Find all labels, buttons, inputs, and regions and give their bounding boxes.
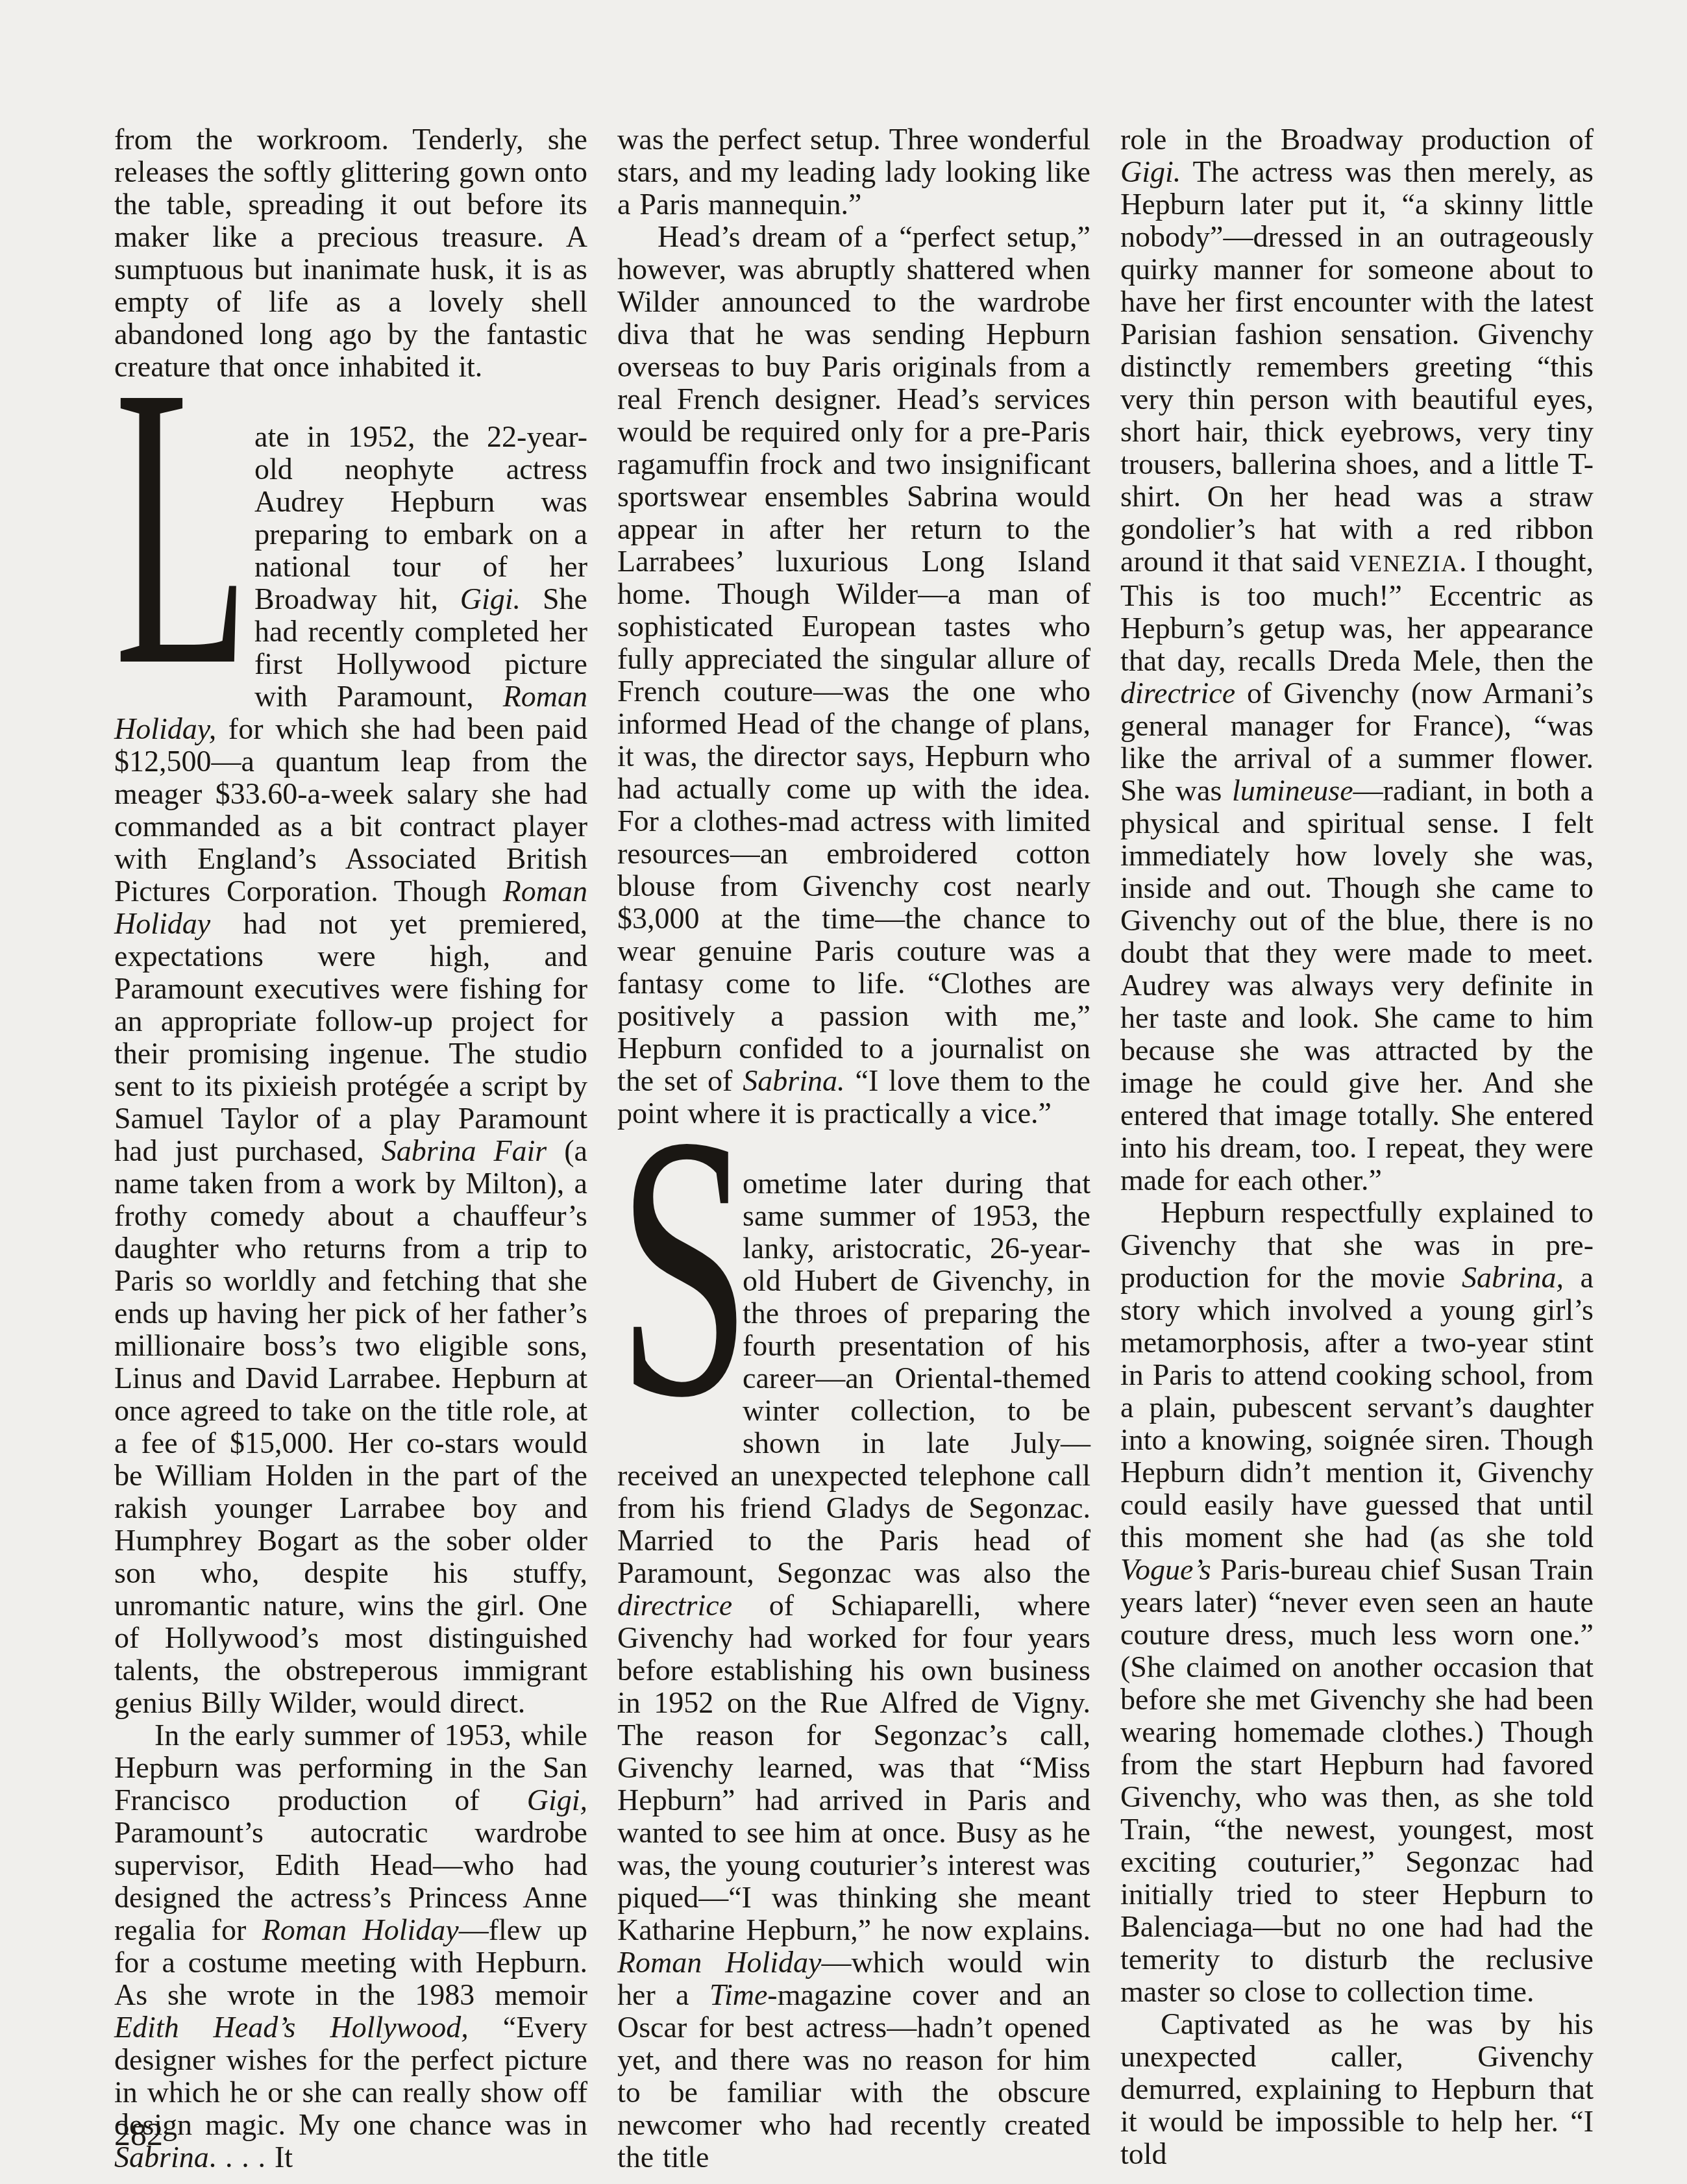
text-segment: directrice xyxy=(1120,676,1235,710)
text-segment: Head’s dream of a “perfect setup,” howev… xyxy=(617,220,1090,1097)
text-segment: was the perfect setup. Three wonderful s… xyxy=(617,123,1090,221)
column-3: role in the Broadway production of Gigi.… xyxy=(1120,123,1594,2174)
paragraph: Hepburn respectfully explained to Givenc… xyxy=(1120,1197,1594,2008)
text-segment: Vogue’s xyxy=(1120,1553,1211,1586)
text-segment: Sabrina, xyxy=(1462,1261,1564,1294)
text-segment: In the early summer of 1953, while Hepbu… xyxy=(114,1719,587,1817)
text-segment: role in the Broadway production of xyxy=(1120,123,1594,156)
dropcap-letter-L: L xyxy=(114,421,254,696)
text-segment: Sabrina Fair xyxy=(382,1134,547,1167)
text-segment: a story which involved a young girl’s me… xyxy=(1120,1261,1594,1554)
page-number: 282 xyxy=(114,2118,163,2150)
text-segment: . . . . It xyxy=(209,2141,293,2174)
text-segment: Captivated as he was by his unexpected c… xyxy=(1120,2007,1594,2170)
dropcap-letter-S: S xyxy=(617,1167,743,1443)
paragraph: Captivated as he was by his unexpected c… xyxy=(1120,2008,1594,2170)
text-segment: (a name taken from a work by Milton), a … xyxy=(114,1134,587,1719)
paragraph: role in the Broadway production of Gigi.… xyxy=(1120,123,1594,1197)
text-segment: of Schiaparelli, where Givenchy had work… xyxy=(617,1589,1090,1946)
dropcap-paragraph: Late in 1952, the 22-year-old neophyte a… xyxy=(114,421,587,1719)
text-segment: Gigi. xyxy=(1120,155,1181,188)
column-1: from the workroom. Tenderly, she release… xyxy=(114,123,587,2174)
paragraph: Head’s dream of a “perfect setup,” howev… xyxy=(617,221,1090,1130)
text-segment: Sabrina. xyxy=(743,1064,844,1097)
text-segment: Edith Head’s Hollywood, xyxy=(114,2011,469,2044)
text-segment: Gigi. xyxy=(460,582,521,615)
article-columns: from the workroom. Tenderly, she release… xyxy=(114,123,1594,2174)
text-segment: Time xyxy=(709,1978,767,2011)
dropcap-paragraph: Sometime later during that same summer o… xyxy=(617,1167,1090,2174)
text-segment: Roman Holiday xyxy=(617,1946,822,1979)
magazine-page: from the workroom. Tenderly, she release… xyxy=(0,0,1687,2184)
column-2: was the perfect setup. Three wonderful s… xyxy=(617,123,1090,2174)
text-segment: Paris-bureau chief Susan Train years lat… xyxy=(1120,1553,1594,2008)
text-segment: lumineuse xyxy=(1232,774,1353,807)
text-segment: VENEZIA xyxy=(1349,550,1459,577)
paragraph: was the perfect setup. Three wonderful s… xyxy=(617,123,1090,221)
text-segment: Roman Holiday xyxy=(262,1913,459,1946)
text-segment: had not yet premiered, expectations were… xyxy=(114,907,587,1167)
text-segment: Gigi, xyxy=(527,1783,587,1817)
text-segment: The actress was then merely, as Hepburn … xyxy=(1120,155,1594,578)
paragraph: In the early summer of 1953, while Hepbu… xyxy=(114,1719,587,2174)
text-segment: directrice xyxy=(617,1589,732,1622)
text-segment: —radiant, in both a physical and spiritu… xyxy=(1120,774,1594,1197)
